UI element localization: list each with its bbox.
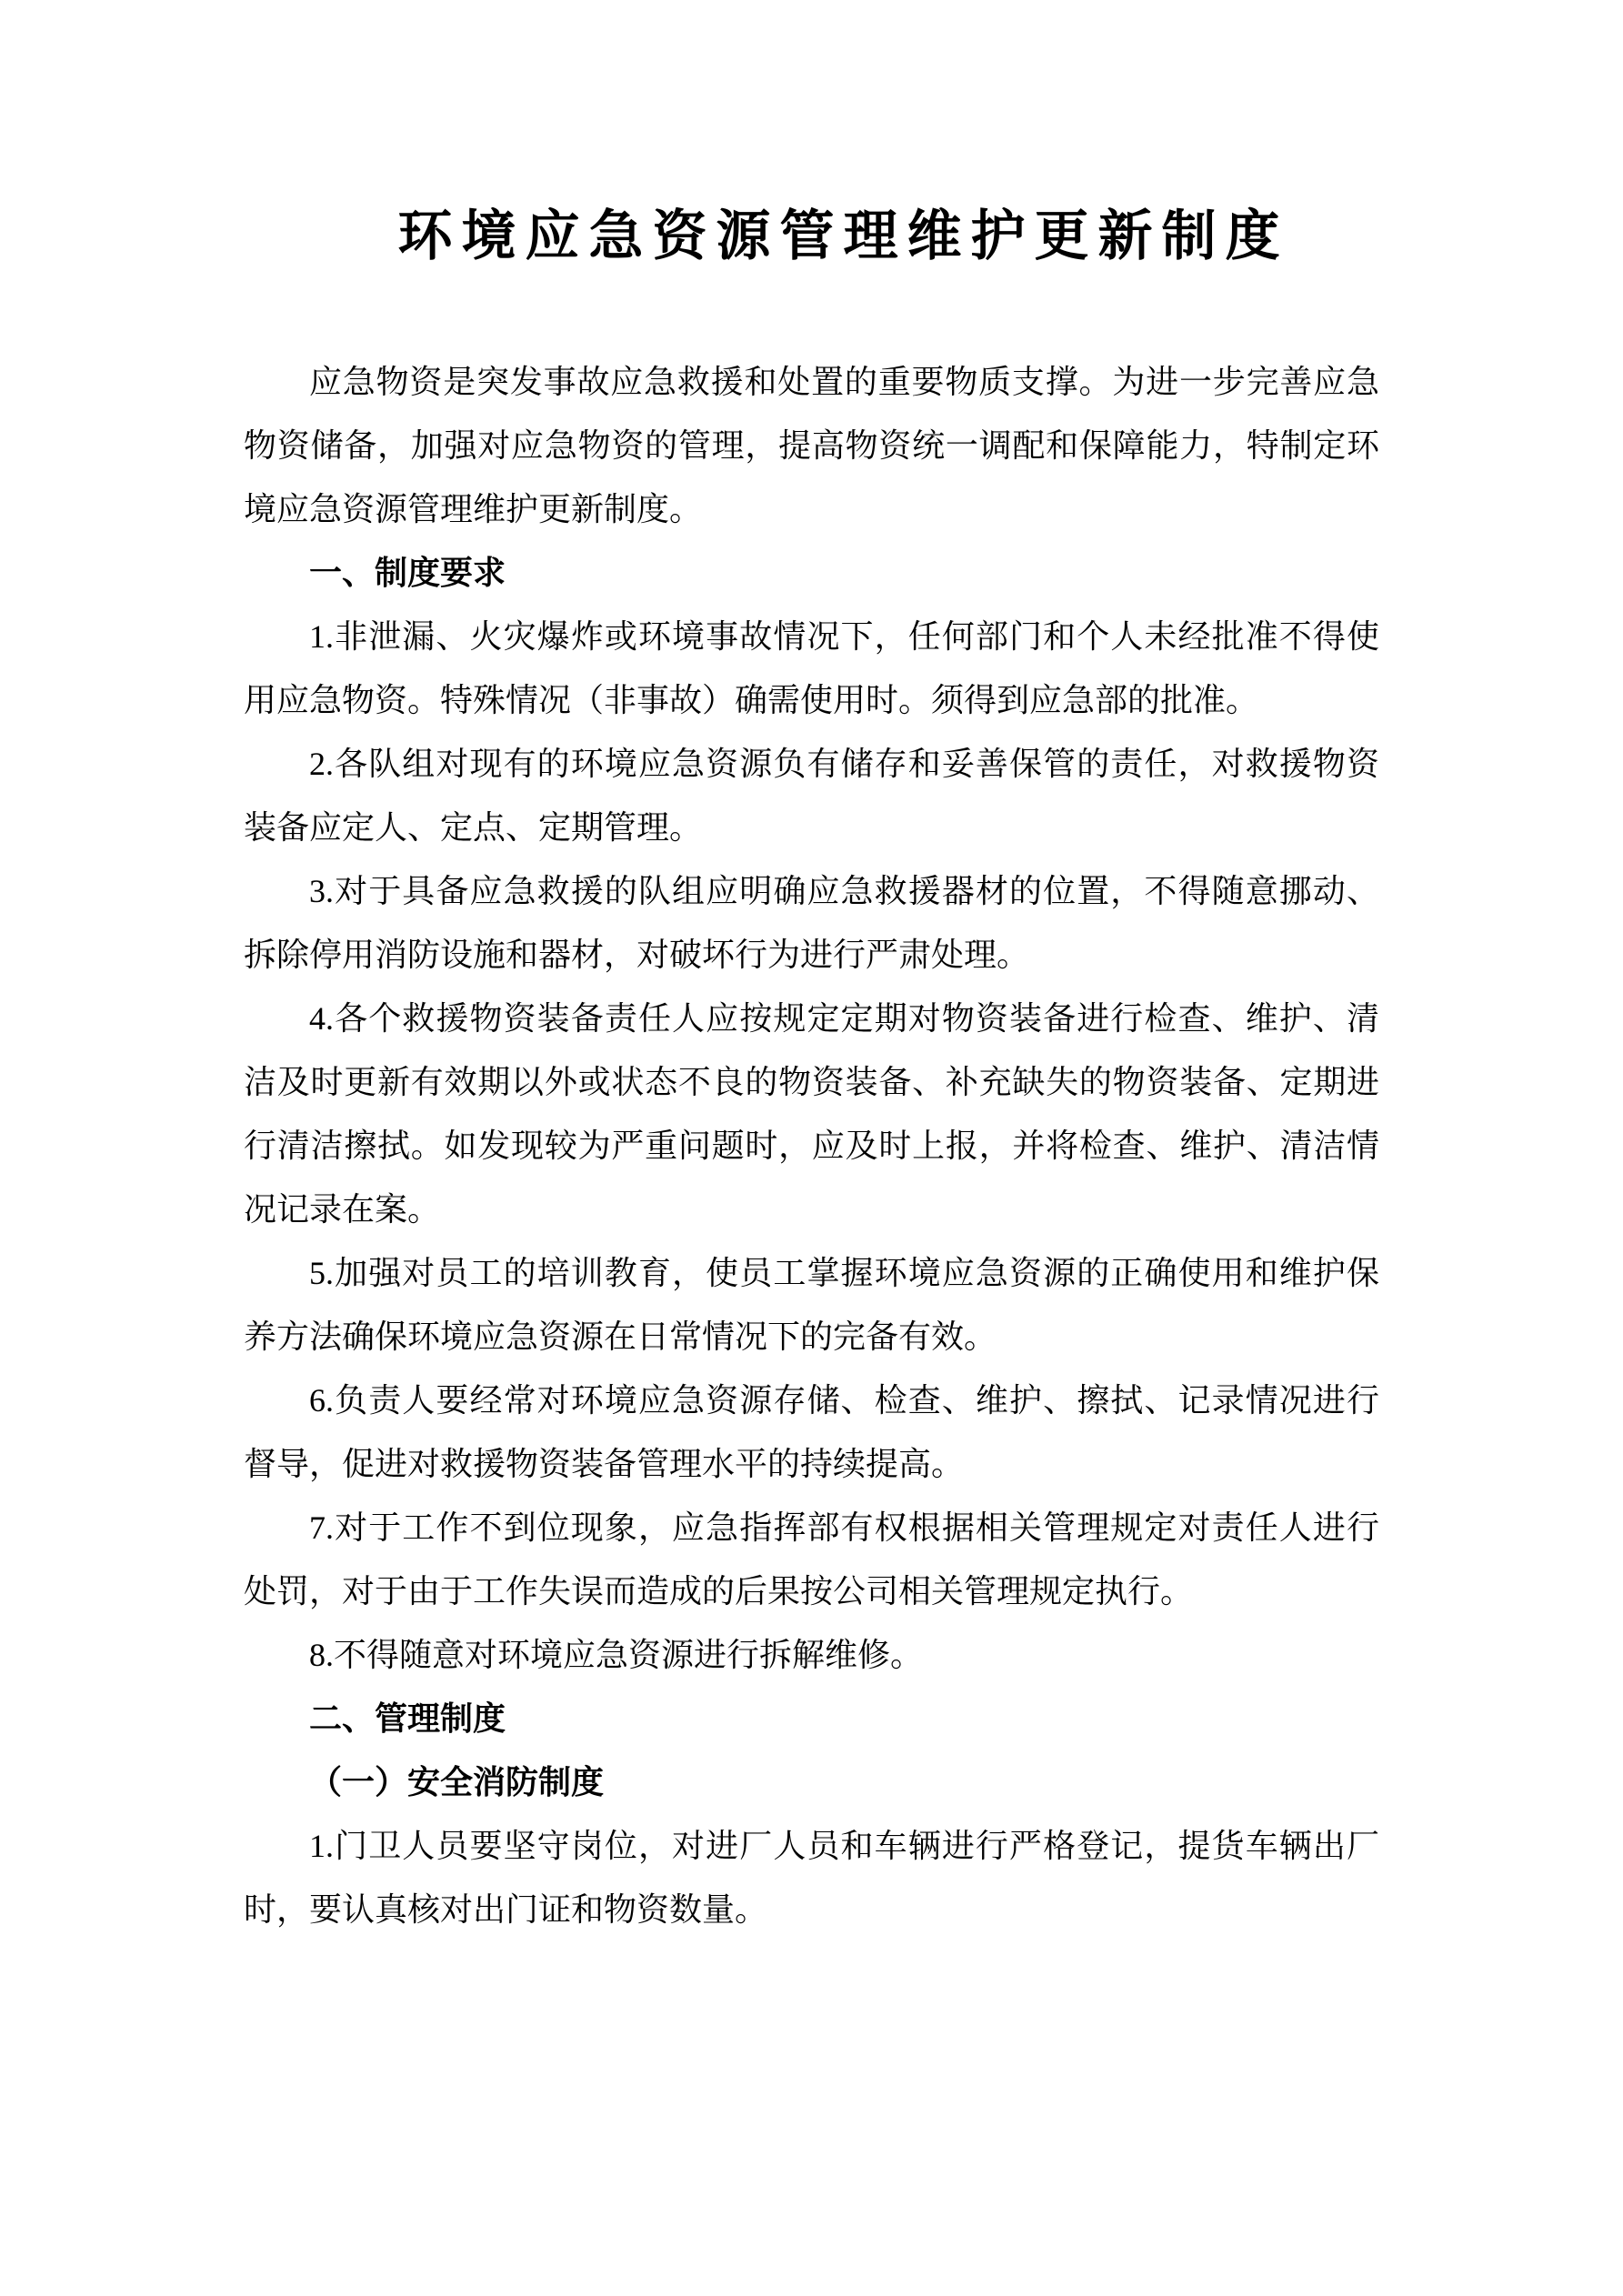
document-page: 环境应急资源管理维护更新制度 应急物资是突发事故应急救援和处置的重要物质支撑。为… [0,0,1623,2296]
intro-paragraph: 应急物资是突发事故应急救援和处置的重要物质支撑。为进一步完善应急物资储备，加强对… [244,350,1379,541]
requirement-6-paragraph: 6.负责人要经常对环境应急资源存储、检查、维护、擦拭、记录情况进行督导，促进对救… [244,1369,1379,1496]
section-management-heading: 二、管理制度 [244,1687,1379,1750]
requirement-7-paragraph: 7.对于工作不到位现象，应急指挥部有权根据相关管理规定对责任人进行处罚，对于由于… [244,1496,1379,1623]
document-title: 环境应急资源管理维护更新制度 [64,186,1623,286]
requirement-1-paragraph: 1.非泄漏、火灾爆炸或环境事故情况下，任何部门和个人未经批准不得使用应急物资。特… [244,605,1379,732]
document-body: 应急物资是突发事故应急救援和处置的重要物质支撑。为进一步完善应急物资储备，加强对… [244,350,1379,1941]
subsection-fire-safety-heading: （一）安全消防制度 [244,1750,1379,1814]
requirement-4-paragraph: 4.各个救援物资装备责任人应按规定定期对物资装备进行检查、维护、清洁及时更新有效… [244,987,1379,1241]
fire-safety-rule-1-paragraph: 1.门卫人员要坚守岗位，对进厂人员和车辆进行严格登记，提货车辆出厂时，要认真核对… [244,1814,1379,1941]
requirement-8-paragraph: 8.不得随意对环境应急资源进行拆解维修。 [244,1623,1379,1687]
section-requirements-heading: 一、制度要求 [244,541,1379,605]
requirement-5-paragraph: 5.加强对员工的培训教育，使员工掌握环境应急资源的正确使用和维护保养方法确保环境… [244,1241,1379,1369]
requirement-2-paragraph: 2.各队组对现有的环境应急资源负有储存和妥善保管的责任，对救援物资装备应定人、定… [244,732,1379,859]
requirement-3-paragraph: 3.对于具备应急救援的队组应明确应急救援器材的位置，不得随意挪动、拆除停用消防设… [244,859,1379,987]
